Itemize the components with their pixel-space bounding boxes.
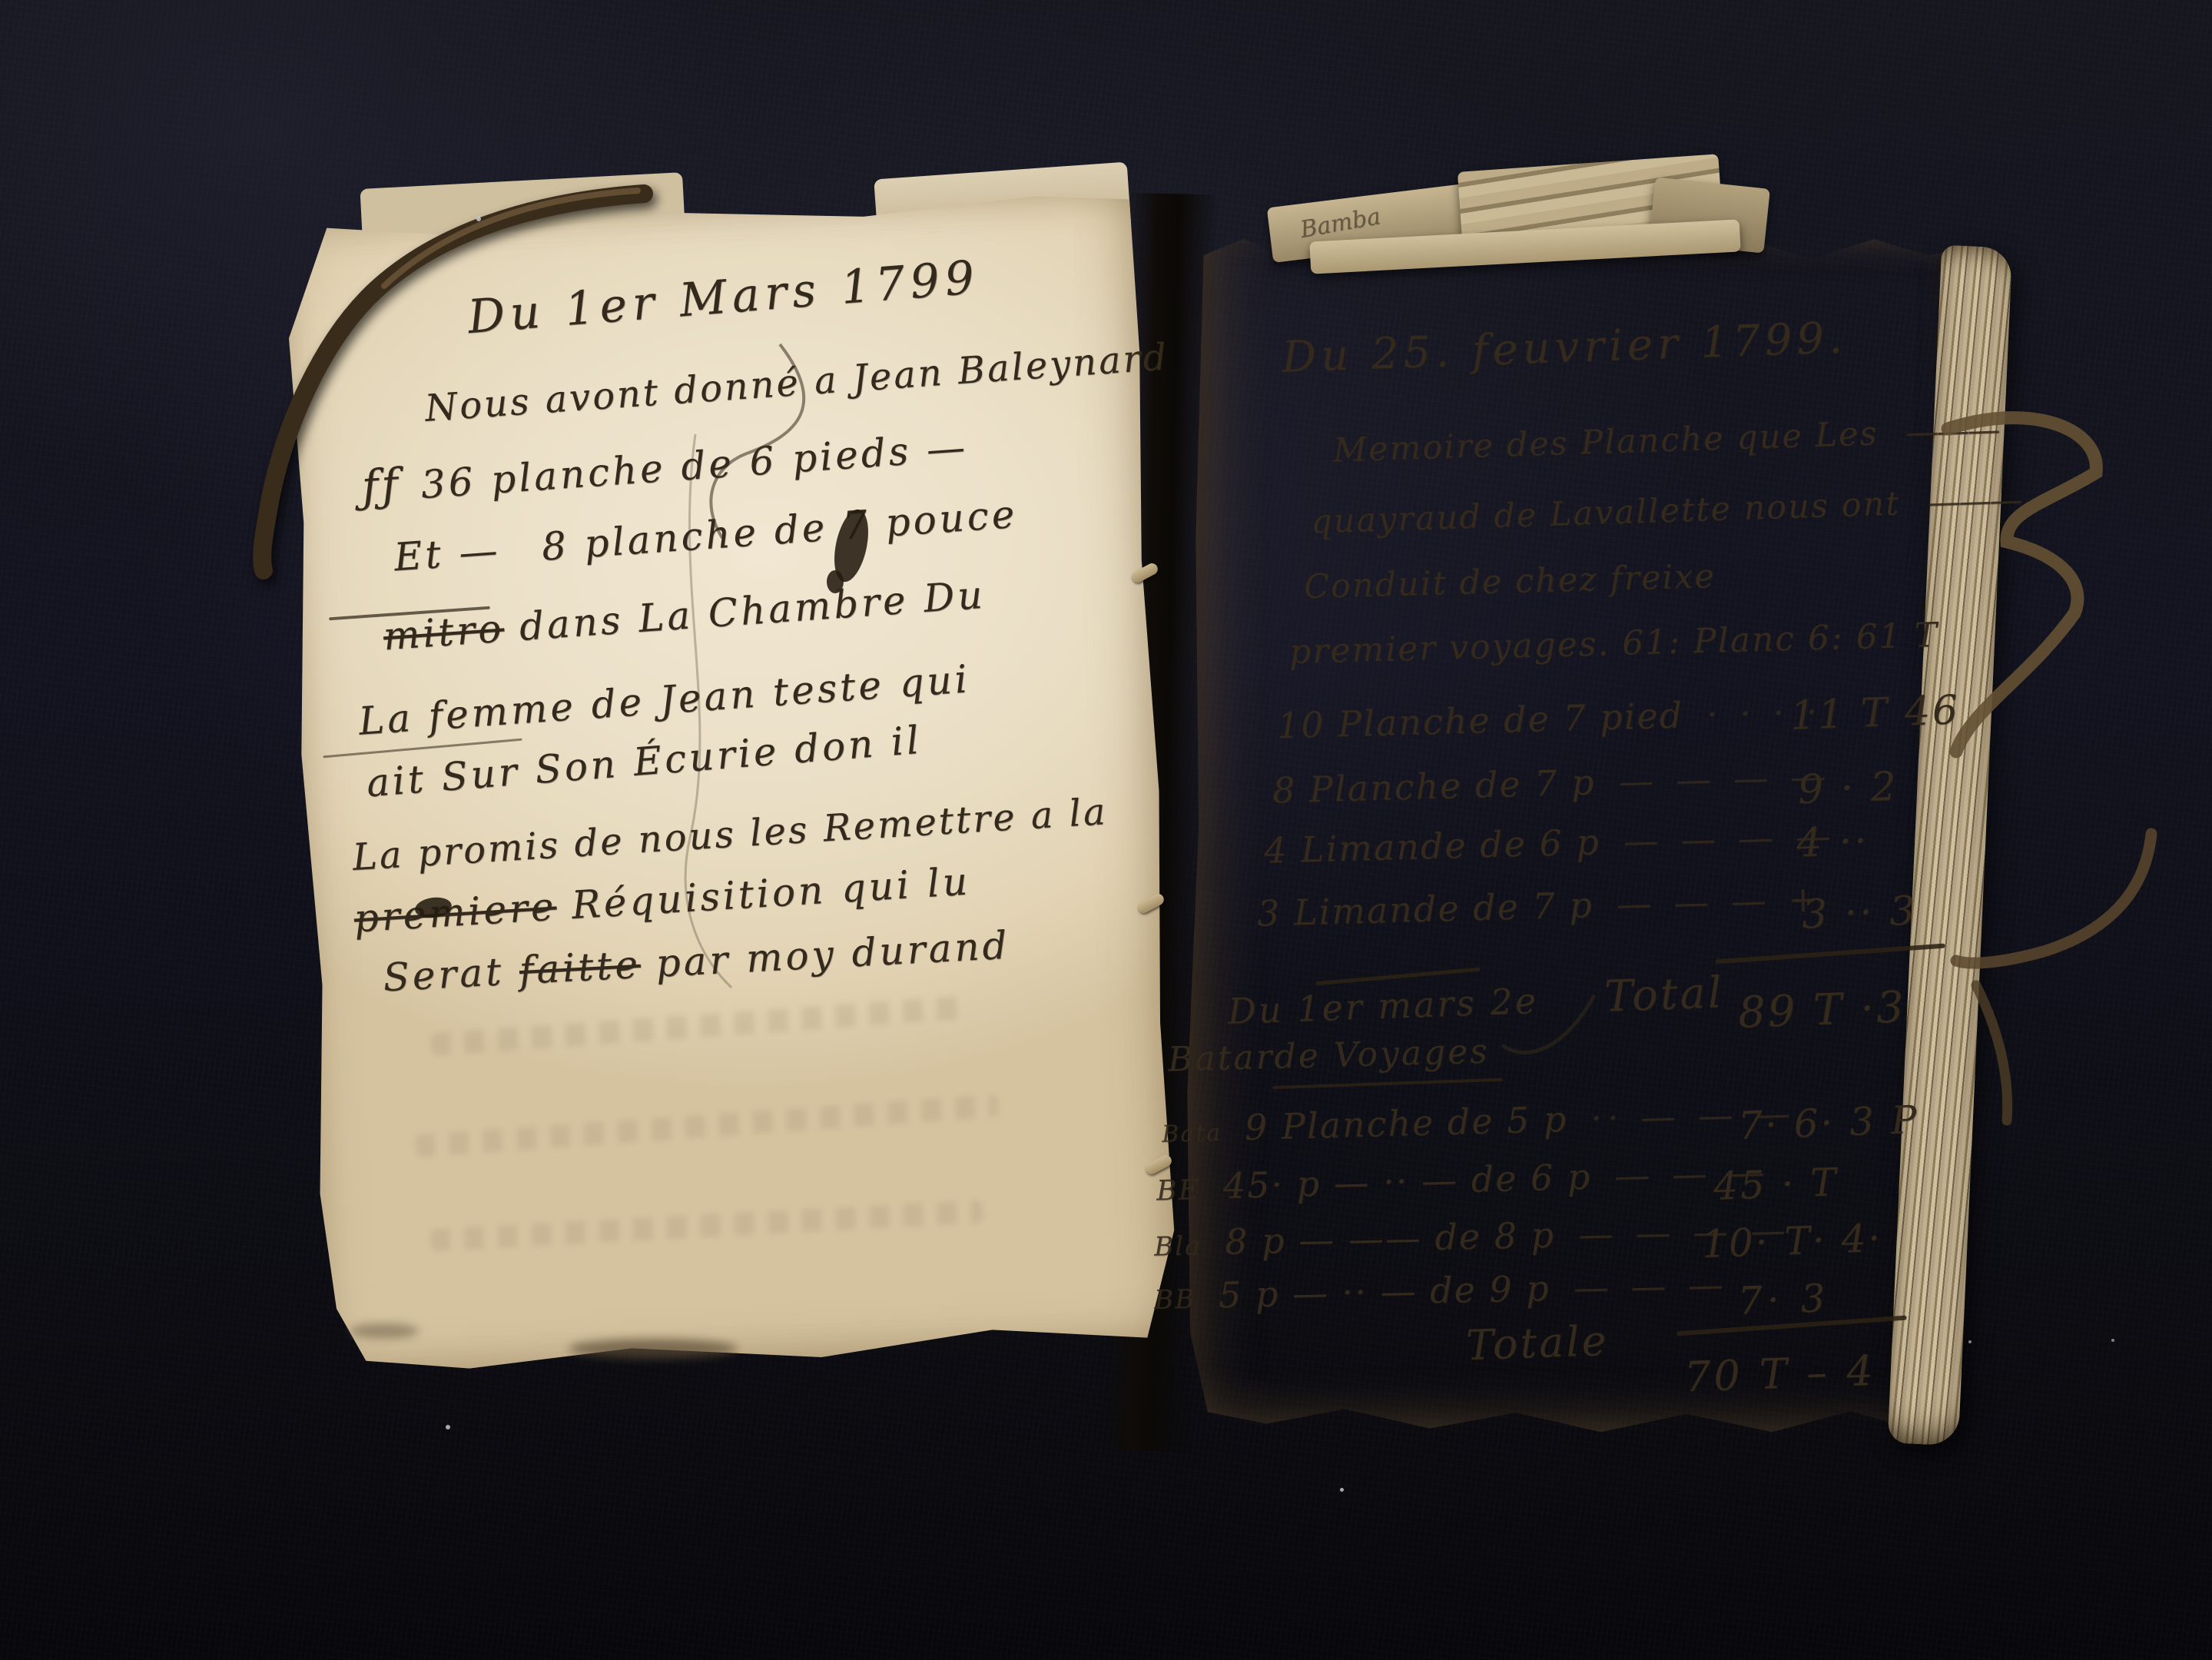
amount: 9 · 2 bbox=[1797, 764, 1899, 814]
row-text: 4 Limande de 6 p bbox=[1263, 821, 1600, 871]
row-text: 5 p — ·· — de 9 p bbox=[1218, 1267, 1550, 1316]
amount: 7· 3 bbox=[1737, 1276, 1830, 1323]
edge-stain bbox=[569, 1339, 738, 1359]
dust-speck bbox=[1340, 1488, 1344, 1492]
edge-stain bbox=[350, 1323, 419, 1339]
row-text: 8 p — —— de 8 p bbox=[1225, 1214, 1556, 1263]
amount: 11 T 46 bbox=[1789, 687, 1961, 739]
row-prefix: Bla bbox=[1154, 1230, 1202, 1262]
amount: 7· 6· 3 P bbox=[1737, 1097, 1919, 1148]
amount: 3 ·· 3 bbox=[1801, 888, 1918, 938]
dust-speck bbox=[446, 1425, 450, 1429]
manuscript-photo: Bamba Du 1er Mars 1799 Nous avont donné … bbox=[0, 0, 2212, 1660]
row-text: 3 Limande de 7 p bbox=[1256, 884, 1594, 934]
scrap-inscription: Bamba bbox=[1298, 203, 1383, 244]
leather-lace-path bbox=[1976, 985, 2008, 1120]
amount: 45 · T bbox=[1713, 1160, 1839, 1209]
total-value: 70 T – 4 bbox=[1683, 1346, 1877, 1402]
total-label: Total bbox=[1603, 968, 1725, 1021]
row-text: 9 Planche de 5 p bbox=[1244, 1098, 1568, 1148]
total-label: Totale bbox=[1465, 1316, 1610, 1369]
amount: 10· T· 4· bbox=[1701, 1216, 1883, 1267]
leather-lace-path bbox=[1956, 834, 2151, 963]
row-prefix: BE bbox=[1156, 1174, 1201, 1207]
dust-speck bbox=[1968, 1340, 1972, 1343]
row-prefix: BB bbox=[1154, 1284, 1196, 1316]
trailing-dash: ——— bbox=[1905, 410, 1999, 452]
dash-leader: — — — + bbox=[1616, 878, 1824, 925]
line-text: Serat bbox=[382, 948, 520, 1000]
margin-word: Et — bbox=[393, 528, 502, 580]
dust-speck bbox=[476, 217, 481, 221]
amount: 4 ·· bbox=[1796, 818, 1870, 866]
row-text: 8 Planche de 7 p bbox=[1272, 762, 1596, 812]
struck-word: faitte bbox=[518, 942, 642, 993]
dust-speck bbox=[2111, 1339, 2114, 1342]
total-value: 89 T ·3 bbox=[1737, 982, 1907, 1038]
trailing-dash: ——— bbox=[1928, 481, 2021, 523]
row-prefix: Bata bbox=[1162, 1120, 1222, 1148]
margin-paraph-mark: ƒƒ bbox=[360, 458, 403, 513]
dash-leader: — — — bbox=[1573, 1263, 1729, 1308]
